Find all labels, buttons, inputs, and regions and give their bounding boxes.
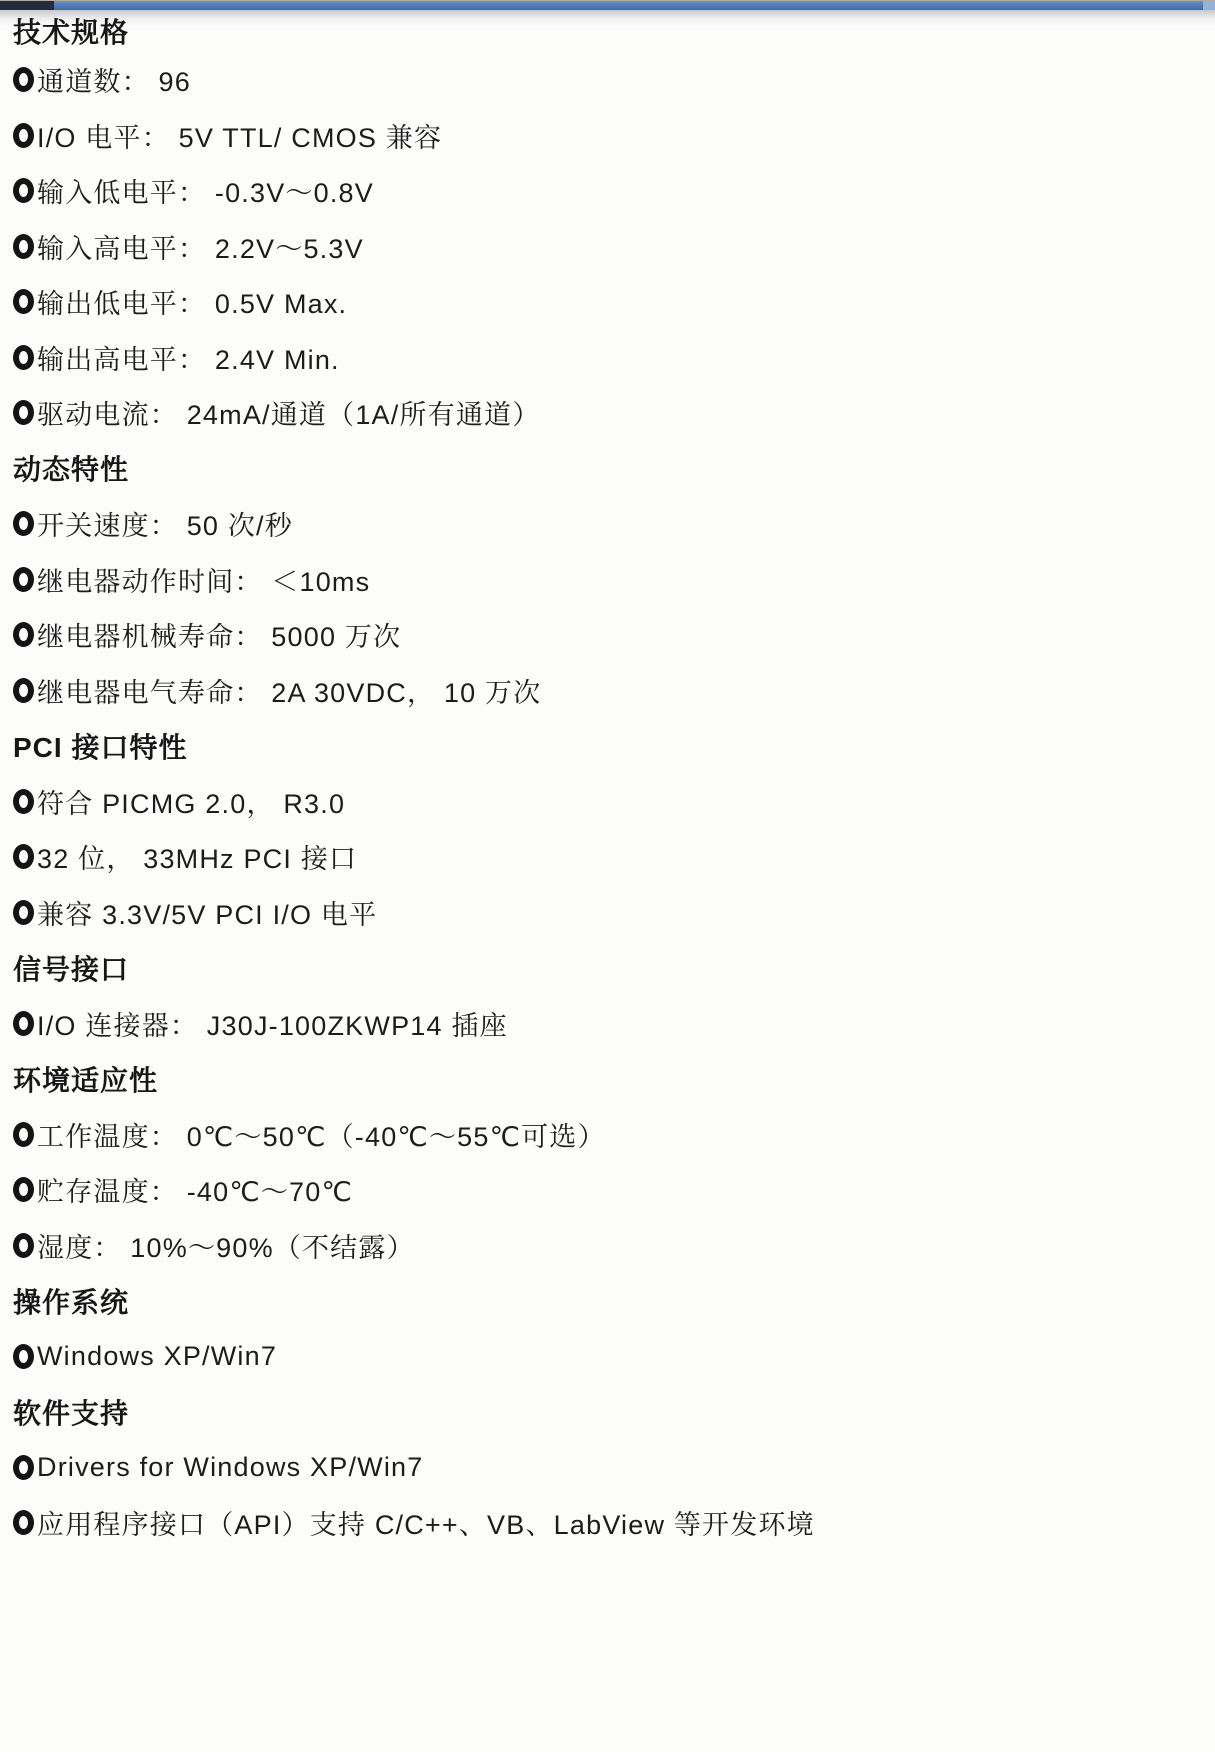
circle-bullet-icon — [13, 400, 34, 425]
section-heading: 操作系统 — [13, 1273, 1205, 1329]
spec-item: Drivers for Windows XP/Win7 — [13, 1440, 1205, 1496]
section-heading-text: 操作系统 — [13, 1281, 129, 1321]
circle-bullet-icon — [13, 1455, 34, 1480]
circle-bullet-icon — [13, 67, 34, 92]
circle-bullet-icon — [13, 1011, 34, 1036]
section-heading-text: 环境适应性 — [13, 1059, 158, 1099]
spec-item: 开关速度： 50 次/秒 — [13, 496, 1205, 552]
circle-bullet-icon — [13, 1344, 34, 1369]
spec-item: Windows XP/Win7 — [13, 1329, 1205, 1385]
section-heading-text: 信号接口 — [13, 948, 129, 988]
spec-item-text: 驱动电流： 24mA/通道（1A/所有通道） — [37, 393, 540, 432]
section-heading: 环境适应性 — [13, 1051, 1205, 1107]
circle-bullet-icon — [13, 1177, 34, 1202]
spec-item: 贮存温度： -40℃～70℃ — [13, 1162, 1205, 1218]
spec-item-text: 工作温度： 0℃～50℃（-40℃～55℃可选） — [37, 1115, 606, 1154]
circle-bullet-icon — [13, 123, 34, 148]
spec-item: 继电器电气寿命： 2A 30VDC， 10 万次 — [13, 663, 1205, 719]
spec-item-text: 输入高电平： 2.2V～5.3V — [37, 227, 364, 266]
spec-item: I/O 电平： 5V TTL/ CMOS 兼容 — [13, 108, 1205, 164]
page-title-text: 技术规格 — [13, 11, 129, 51]
spec-item: 输出低电平： 0.5V Max. — [13, 274, 1205, 330]
page-title: 技术规格 — [13, 10, 1205, 52]
spec-item-text: 32 位， 33MHz PCI 接口 — [37, 837, 357, 876]
spec-document: 技术规格 通道数： 96 I/O 电平： 5V TTL/ CMOS 兼容 输入低… — [13, 10, 1205, 1551]
circle-bullet-icon — [13, 345, 34, 370]
circle-bullet-icon — [13, 900, 34, 925]
spec-item-text: 开关速度： 50 次/秒 — [37, 504, 293, 543]
spec-item: 兼容 3.3V/5V PCI I/O 电平 — [13, 885, 1205, 941]
circle-bullet-icon — [13, 678, 34, 703]
spec-item: 驱动电流： 24mA/通道（1A/所有通道） — [13, 385, 1205, 441]
spec-item: 湿度： 10%～90%（不结露） — [13, 1218, 1205, 1274]
spec-item-text: I/O 连接器： J30J-100ZKWP14 插座 — [37, 1004, 508, 1043]
spec-item-text: 继电器机械寿命： 5000 万次 — [37, 615, 401, 654]
section-heading: 动态特性 — [13, 441, 1205, 497]
spec-item-text: 符合 PICMG 2.0， R3.0 — [37, 782, 345, 821]
spec-item: 继电器动作时间： ＜10ms — [13, 552, 1205, 608]
section-heading-text: 动态特性 — [13, 448, 129, 488]
spec-item-text: 应用程序接口（API）支持 C/C++、VB、LabView 等开发环境 — [37, 1503, 815, 1542]
spec-item: 32 位， 33MHz PCI 接口 — [13, 829, 1205, 885]
spec-item: 输出高电平： 2.4V Min. — [13, 330, 1205, 386]
circle-bullet-icon — [13, 234, 34, 259]
spec-item-text: 继电器电气寿命： 2A 30VDC， 10 万次 — [37, 671, 541, 710]
circle-bullet-icon — [13, 178, 34, 203]
spec-item: 通道数： 96 — [13, 52, 1205, 108]
top-bar-dark-segment — [0, 1, 54, 10]
spec-item: 符合 PICMG 2.0， R3.0 — [13, 774, 1205, 830]
spec-item: I/O 连接器： J30J-100ZKWP14 插座 — [13, 996, 1205, 1052]
circle-bullet-icon — [13, 789, 34, 814]
circle-bullet-icon — [13, 511, 34, 536]
top-bar-light-end — [1203, 1, 1215, 10]
spec-item: 输入高电平： 2.2V～5.3V — [13, 219, 1205, 275]
section-heading: 软件支持 — [13, 1384, 1205, 1440]
spec-item-text: 输出低电平： 0.5V Max. — [37, 282, 347, 321]
spec-item-text: 兼容 3.3V/5V PCI I/O 电平 — [37, 893, 377, 932]
section-heading: PCI 接口特性 — [13, 718, 1205, 774]
spec-item: 输入低电平： -0.3V～0.8V — [13, 163, 1205, 219]
section-heading-text: 软件支持 — [13, 1392, 129, 1432]
spec-item-text: 湿度： 10%～90%（不结露） — [37, 1226, 415, 1265]
spec-item: 工作温度： 0℃～50℃（-40℃～55℃可选） — [13, 1107, 1205, 1163]
circle-bullet-icon — [13, 1122, 34, 1147]
spec-item-text: 贮存温度： -40℃～70℃ — [37, 1170, 353, 1209]
spec-item-text: 通道数： 96 — [37, 60, 191, 99]
circle-bullet-icon — [13, 1510, 34, 1535]
circle-bullet-icon — [13, 844, 34, 869]
top-accent-bar — [0, 0, 1215, 10]
section-heading: 信号接口 — [13, 940, 1205, 996]
circle-bullet-icon — [13, 622, 34, 647]
spec-item: 继电器机械寿命： 5000 万次 — [13, 607, 1205, 663]
spec-item-text: Drivers for Windows XP/Win7 — [37, 1452, 423, 1483]
top-bar-blue-segment — [54, 1, 1203, 10]
circle-bullet-icon — [13, 567, 34, 592]
spec-item-text: 输出高电平： 2.4V Min. — [37, 338, 340, 377]
circle-bullet-icon — [13, 289, 34, 314]
circle-bullet-icon — [13, 1233, 34, 1258]
spec-item: 应用程序接口（API）支持 C/C++、VB、LabView 等开发环境 — [13, 1495, 1205, 1551]
spec-item-text: 输入低电平： -0.3V～0.8V — [37, 171, 374, 210]
spec-item-text: 继电器动作时间： ＜10ms — [37, 560, 370, 599]
spec-item-text: Windows XP/Win7 — [37, 1341, 277, 1372]
section-heading-text: PCI 接口特性 — [13, 726, 187, 766]
spec-item-text: I/O 电平： 5V TTL/ CMOS 兼容 — [37, 116, 442, 155]
